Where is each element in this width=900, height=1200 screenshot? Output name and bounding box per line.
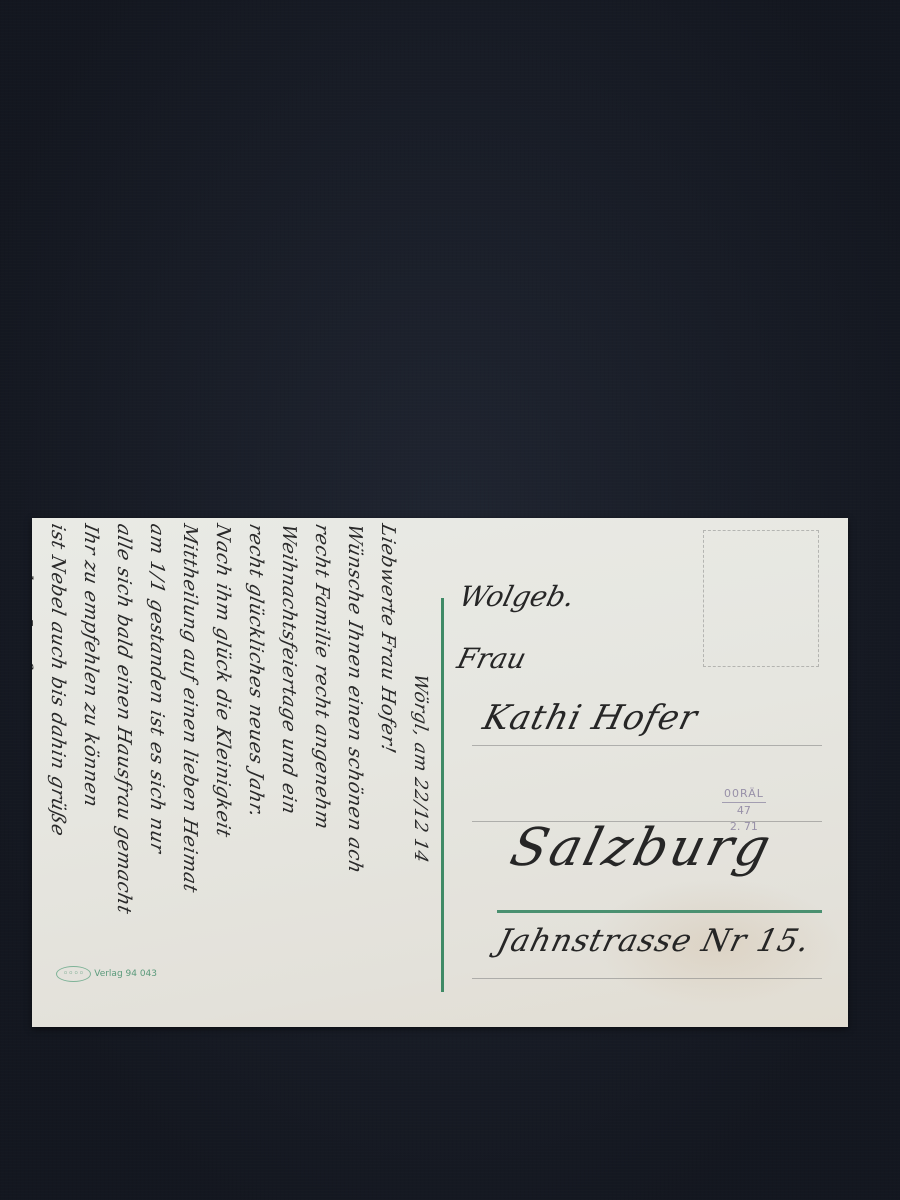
message-line: Mittheilung auf einen lieben Heimat: [173, 520, 206, 1007]
message-dateline: Wörgl, am 22/12 14: [404, 520, 437, 1007]
message-line: Weihnachtsfeiertage und ein: [272, 520, 305, 1007]
message-line: am 1/1 gestanden ist es sich nur: [140, 520, 173, 1007]
address-name: Kathi Hofer: [479, 698, 702, 738]
message-text-rotated: Wörgl, am 22/12 14 Liebwerte Frau Hofer!…: [37, 524, 437, 1004]
address-title: Frau: [454, 642, 530, 675]
publisher-mark: ◦◦◦◦ Verlag 94 043: [56, 966, 157, 982]
pencil-note-1: 00RÄL: [722, 786, 766, 803]
stamp-box: [703, 530, 819, 667]
center-divider-line: [441, 598, 444, 992]
address-line-3: [472, 978, 822, 979]
address-street: Jahnstrasse Nr 15.: [494, 923, 815, 959]
address-city-underline: [497, 910, 822, 913]
message-area: Wörgl, am 22/12 14 Liebwerte Frau Hofer!…: [32, 518, 437, 1027]
message-line: Nach ihm glück die Kleinigkeit: [206, 520, 239, 1007]
publisher-mark-text: Verlag 94 043: [94, 969, 157, 979]
message-line: recht glückliches neues Jahr.: [239, 520, 272, 1007]
message-line: alle sich bald einen Hausfrau gemacht: [107, 520, 140, 1007]
message-line: Liebwerte Frau Hofer!: [371, 520, 404, 1007]
message-line: recht Familie recht angenehm: [305, 520, 338, 1007]
postcard: Wörgl, am 22/12 14 Liebwerte Frau Hofer!…: [32, 518, 848, 1027]
message-line: ist Nebel auch bis dahin grüße: [41, 520, 74, 1007]
message-line: von dem Josef: [32, 520, 41, 1007]
address-city: Salzburg: [505, 818, 780, 878]
publisher-logo-icon: ◦◦◦◦: [56, 966, 91, 982]
pencil-note-2: 47: [722, 803, 766, 819]
message-line: Wünsche Ihnen einen schönen ach: [338, 520, 371, 1007]
address-line-1: [472, 745, 822, 746]
message-line: Ihr zu empfehlen zu können: [74, 520, 107, 1007]
address-salutation: Wolgeb.: [456, 580, 578, 613]
